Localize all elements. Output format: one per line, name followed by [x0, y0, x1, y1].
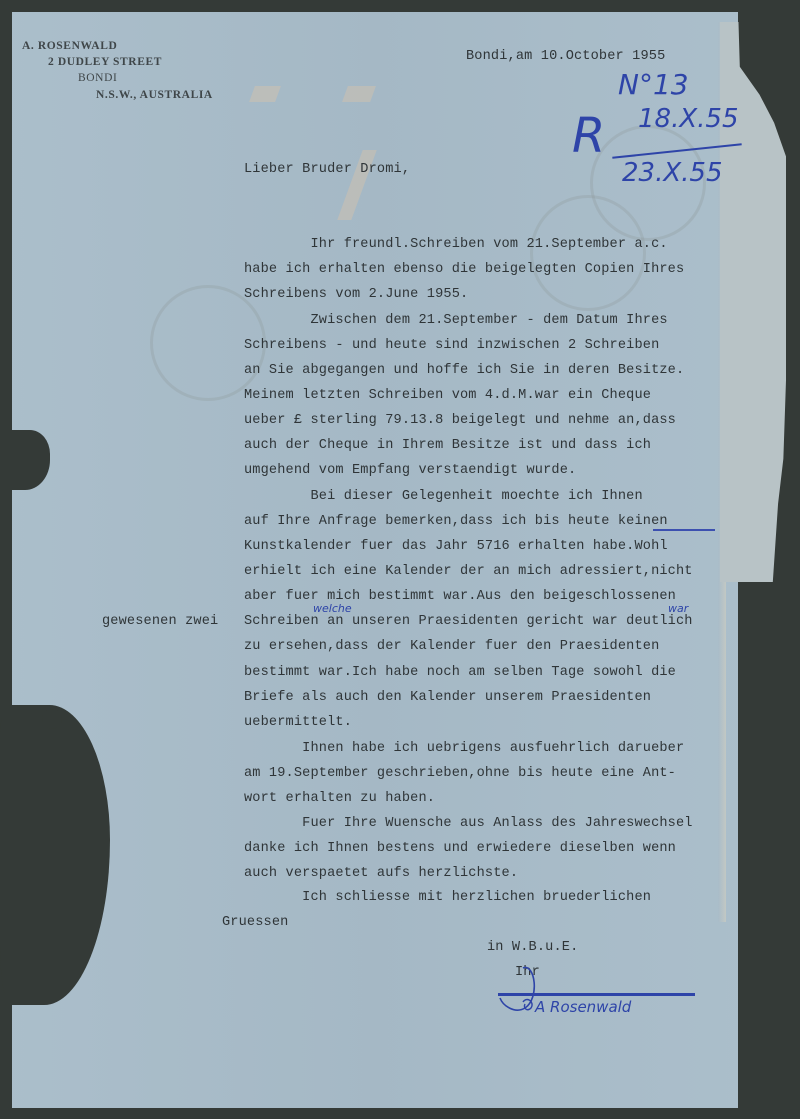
salutation: Lieber Bruder Dromi,: [244, 162, 410, 177]
body-line: Meinem letzten Schreiben vom 4.d.M.war e…: [244, 388, 651, 403]
body-line: Ich schliesse mit herzlichen bruederlich…: [244, 890, 651, 905]
postmark-stamp: [530, 195, 646, 311]
body-line: Ihr freundl.Schreiben vom 21.September a…: [244, 237, 668, 252]
letter-date: Bondi,am 10.October 1955: [466, 49, 665, 64]
letterhead-street: 2 DUDLEY STREET: [48, 56, 162, 68]
body-line: Schreiben an unseren Praesidenten gerich…: [244, 614, 693, 629]
body-line: am 19.September geschrieben,ohne bis heu…: [244, 766, 676, 781]
body-line: habe ich erhalten ebenso die beigelegten…: [244, 262, 684, 277]
annotation-received-date: 18.X.55: [638, 104, 739, 134]
body-line: zu ersehen,dass der Kalender fuer den Pr…: [244, 639, 659, 654]
body-line: ueber £ sterling 79.13.8 beigelegt und n…: [244, 413, 676, 428]
paper-tear: [0, 430, 50, 490]
annotation-received-mark: R: [572, 108, 605, 164]
letterhead-region: N.S.W., AUSTRALIA: [96, 89, 213, 101]
body-line: danke ich Ihnen bestens und erwiedere di…: [244, 841, 676, 856]
body-line: auch der Cheque in Ihrem Besitze ist und…: [244, 438, 651, 453]
body-line: auf Ihre Anfrage bemerken,dass ich bis h…: [244, 514, 668, 529]
body-line: aber fuer mich bestimmt war.Aus den beig…: [244, 589, 676, 604]
body-line: bestimmt war.Ich habe noch am selben Tag…: [244, 665, 676, 680]
body-line: Schreibens vom 2.June 1955.: [244, 287, 468, 302]
annotation-number: N°13: [618, 68, 689, 101]
closing-greeting: Gruessen: [222, 915, 288, 930]
body-line: an Sie abgegangen und hoffe ich Sie in d…: [244, 363, 684, 378]
closing-formula: in W.B.u.E.: [487, 940, 578, 955]
body-line: uebermittelt.: [244, 715, 352, 730]
body-line: Briefe als auch den Kalender unserem Pra…: [244, 690, 651, 705]
body-line: Fuer Ihre Wuensche aus Anlass des Jahres…: [244, 816, 693, 831]
body-line: erhielt ich eine Kalender der an mich ad…: [244, 564, 693, 579]
body-line: Kunstkalender fuer das Jahr 5716 erhalte…: [244, 539, 668, 554]
body-line: Schreibens - und heute sind inzwischen 2…: [244, 338, 659, 353]
paper-tear: [42, 709, 62, 729]
stain: [342, 86, 376, 102]
margin-insert: gewesenen zwei: [102, 614, 218, 629]
letterhead-name: A. ROSENWALD: [22, 40, 117, 52]
keinen-underline: [653, 529, 715, 531]
body-line: auch verspaetet aufs herzlichste.: [244, 866, 518, 881]
body-line: wort erhalten zu haben.: [244, 791, 435, 806]
body-line: Bei dieser Gelegenheit moechte ich Ihnen: [244, 489, 643, 504]
signature: A Rosenwald: [535, 998, 631, 1016]
body-line: umgehend vom Empfang verstaendigt wurde.: [244, 463, 576, 478]
body-line: Ihnen habe ich uebrigens ausfuehrlich da…: [244, 741, 684, 756]
body-line: Zwischen dem 21.September - dem Datum Ih…: [244, 313, 668, 328]
annotation-replied-date: 23.X.55: [622, 158, 723, 188]
letterhead-city: BONDI: [78, 72, 117, 84]
